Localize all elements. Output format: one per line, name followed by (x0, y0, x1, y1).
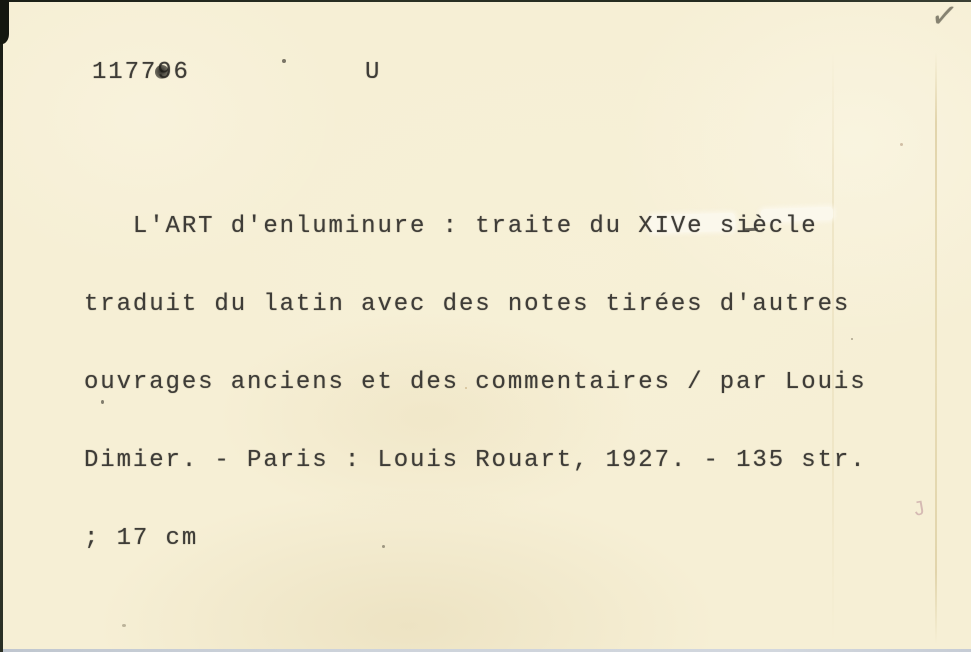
pencil-checkmark-icon: ✓ (928, 0, 960, 39)
catalog-entry-line-5: ; 17 cm (84, 526, 867, 552)
scan-edge-left (0, 0, 3, 652)
ink-blot (155, 65, 169, 79)
faint-letter-mark: J (911, 498, 927, 523)
dust-speck (900, 143, 903, 146)
catalog-entry-line-3: ouvrages anciens et des commentaires / p… (84, 370, 867, 396)
paper-crease (935, 52, 937, 644)
dust-speck (851, 338, 853, 340)
catalog-entry-line-4: Dimier. - Paris : Louis Rouart, 1927. - … (84, 448, 867, 474)
dust-speck (122, 624, 126, 627)
catalog-entry-line-1: L'ART d'enluminure : traite du XIVe sièc… (84, 214, 867, 240)
catalog-card-scan: 117796 U L'ART d'enluminure : traite du … (0, 0, 971, 652)
dust-speck (465, 387, 467, 389)
call-number-suffix: 6 (174, 59, 190, 86)
dust-speck (282, 59, 286, 63)
scan-edge-top (0, 0, 971, 2)
call-number: 117796 (92, 60, 190, 86)
scan-edge-left-blotch (0, 0, 9, 44)
shelf-letter: U (365, 60, 381, 86)
stray-dash-mark (743, 228, 758, 232)
dust-speck (101, 400, 104, 404)
catalog-entry-line-2: traduit du latin avec des notes tirées d… (84, 292, 867, 318)
call-number-prefix: 1177 (92, 59, 157, 86)
dust-speck (382, 545, 385, 548)
